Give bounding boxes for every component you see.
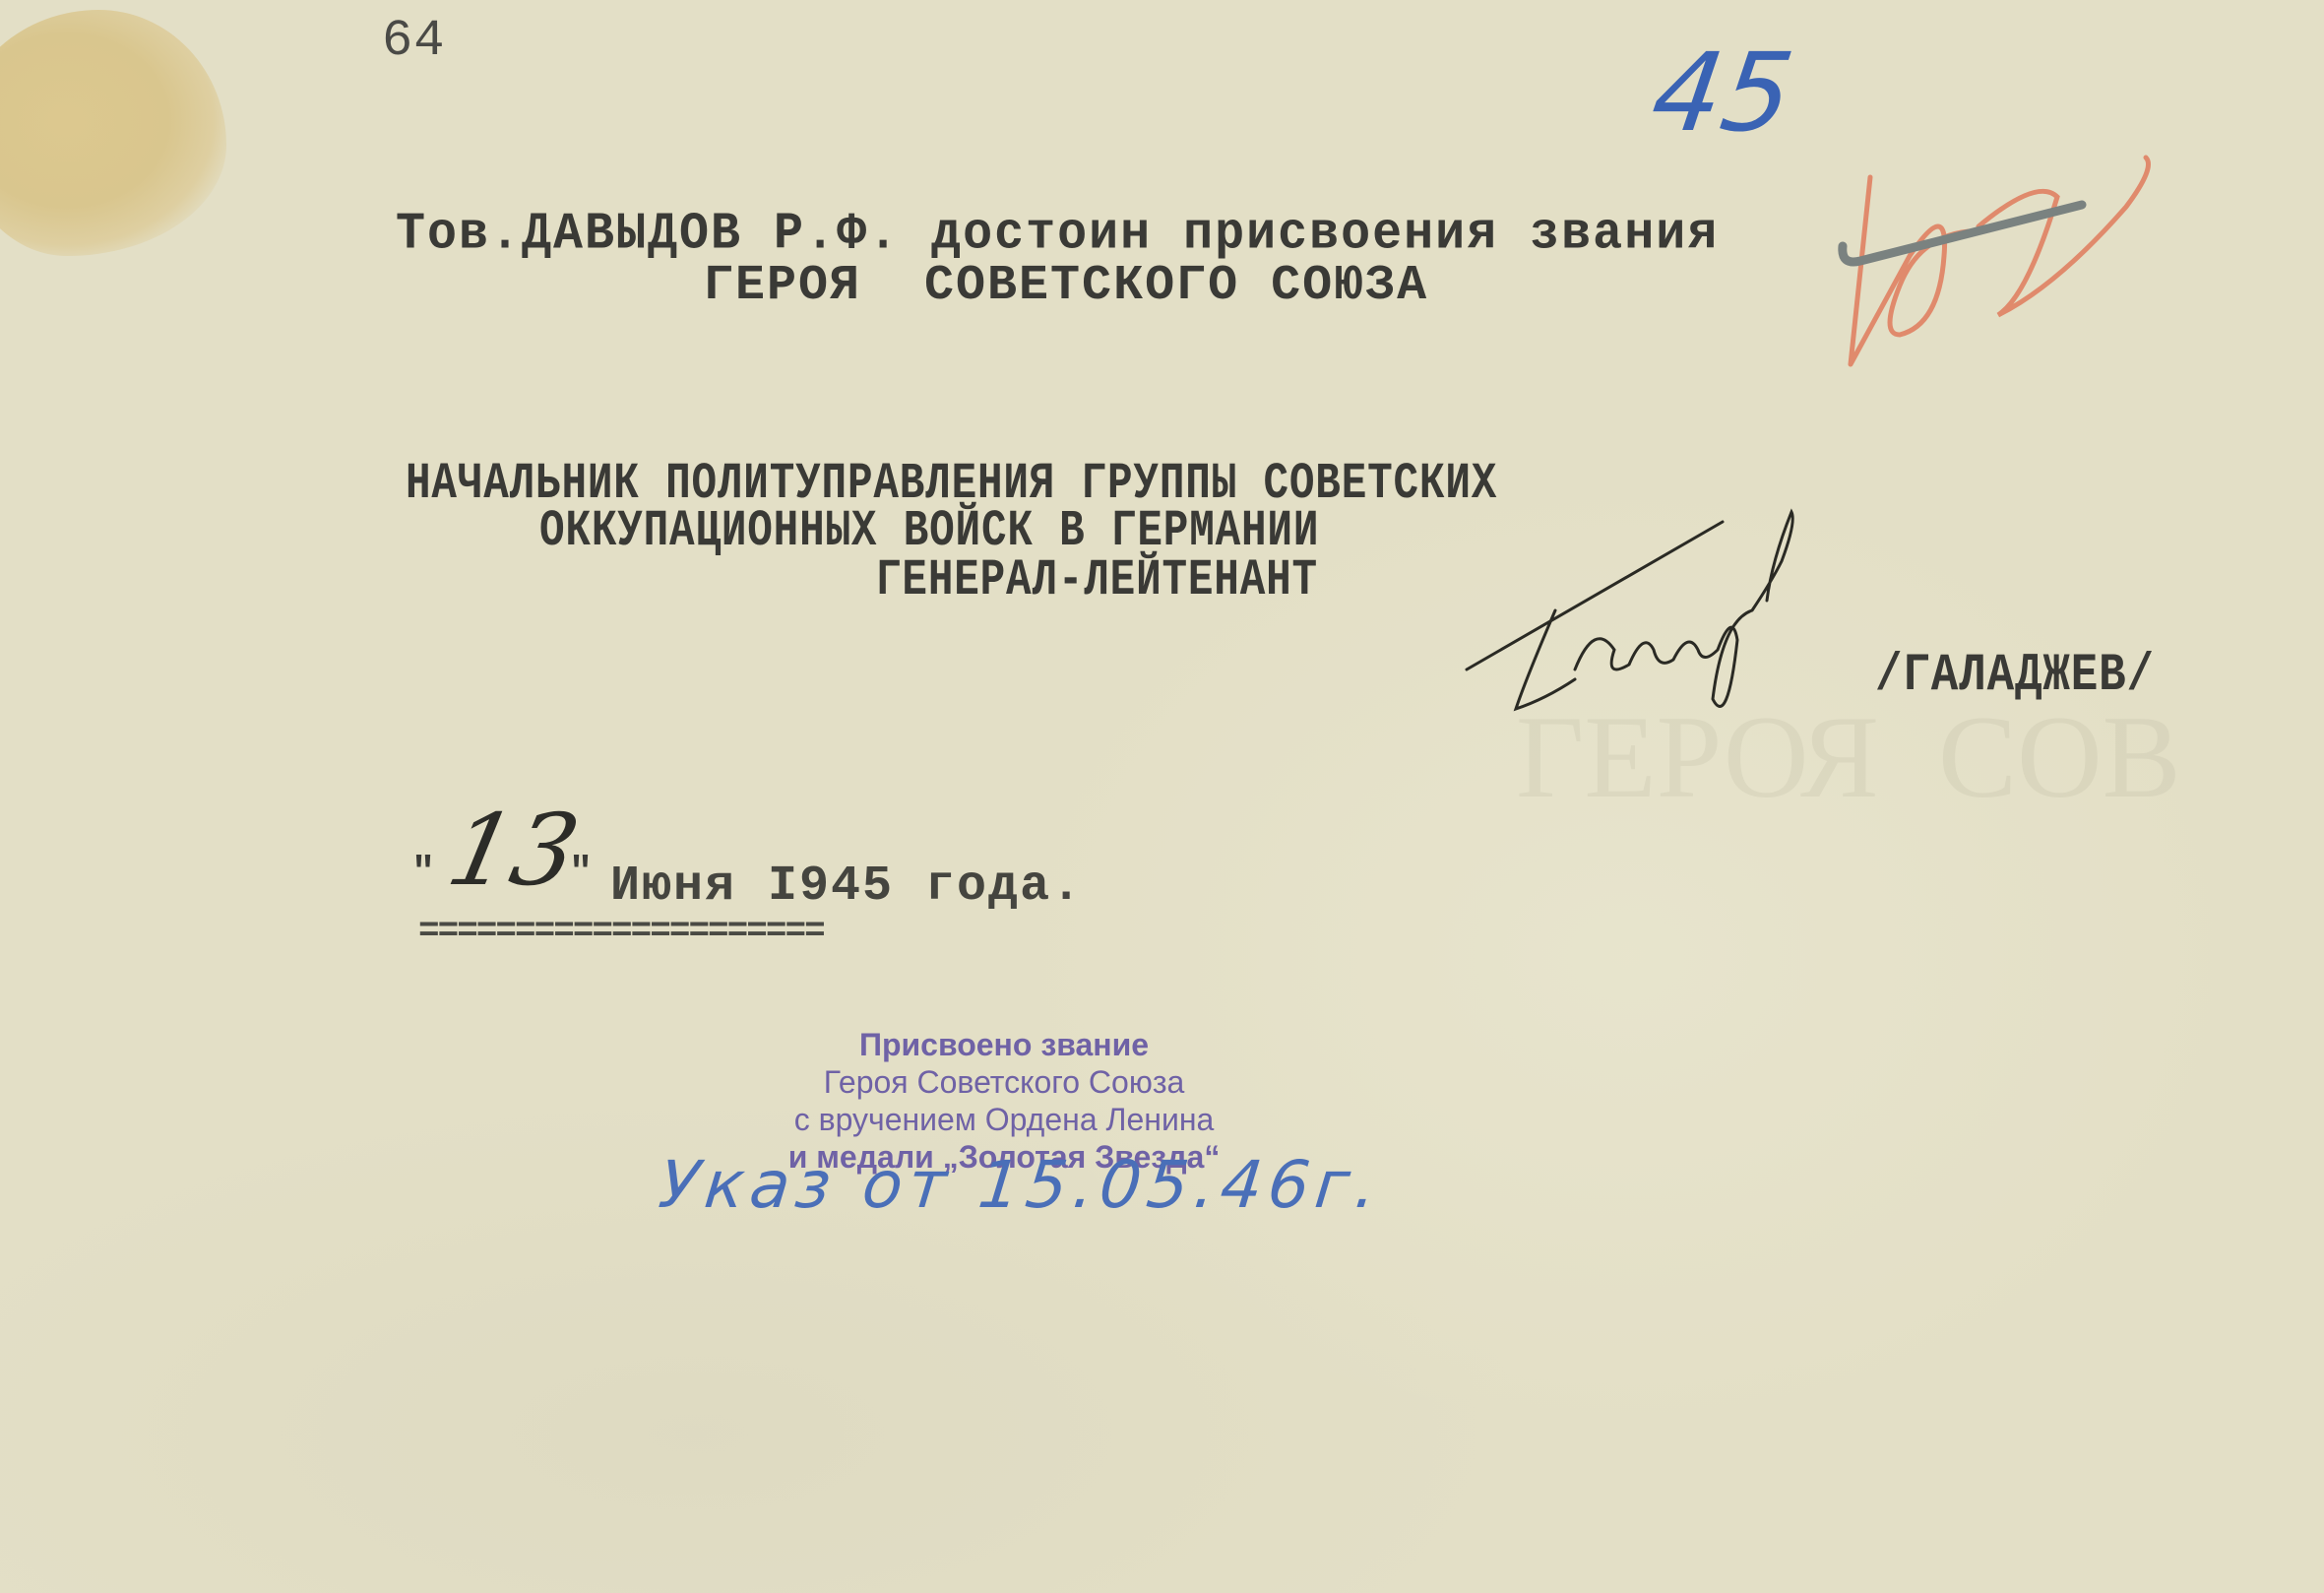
recommendation-line-2: ГЕРОЯ СОВЕТСКОГО СОЮЗА [704,258,1428,314]
date-close-quote: " [569,852,593,896]
stamp-line-3: с вручением Ордена Ленина [728,1101,1280,1138]
recommendation-line-1: Тов.ДАВЫДОВ Р.Ф. достоин присвоения зван… [396,206,1719,265]
signatory-typed-name: /ГАЛАДЖЕВ/ [1875,646,2155,706]
date-open-quote: " [411,852,435,896]
folio-number: 45 [1645,30,1800,156]
date-month-year: Июня I945 года. [610,859,1083,915]
archive-page-number: 64 [382,12,445,70]
stamp-line-1: Присвоено звание [728,1026,1280,1063]
date-underline: ===================== [418,911,824,951]
crossed-out-red-mark-icon [1831,138,2185,384]
signatory-title-line-3: ГЕНЕРАЛ-ЛЕЙТЕНАНТ [876,551,1318,609]
stamp-line-2: Героя Советского Союза [728,1063,1280,1101]
document-page: ГЕРОЯ СОВ 64 45 Тов.ДАВЫДОВ Р.Ф. достоин… [0,0,2324,1593]
decree-handwritten-note: Указ от 15.05.46г. [656,1147,1386,1223]
paper-stain [0,10,226,256]
date-day-handwritten: 13 [439,793,589,908]
